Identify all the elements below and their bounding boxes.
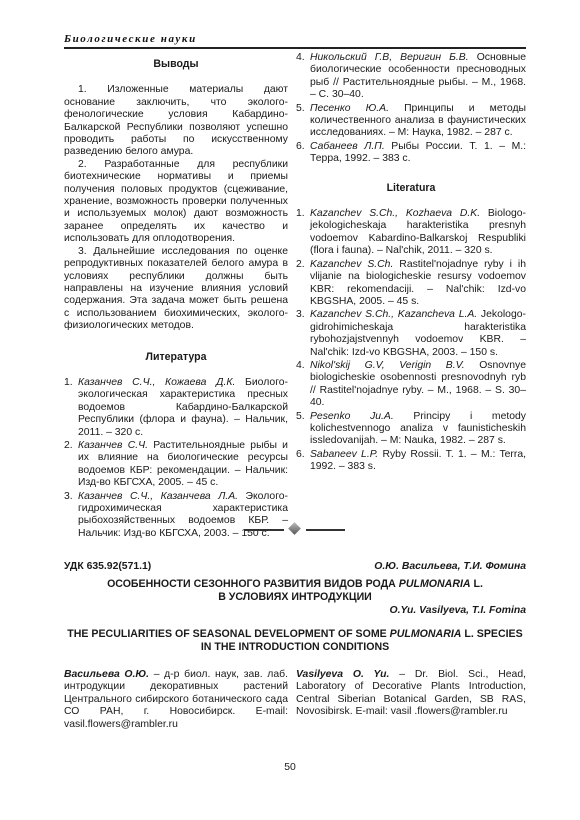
- divider-line-right: [306, 529, 345, 531]
- reference-authors: Kazanchev S.Ch., Kazancheva L.A.: [310, 309, 477, 320]
- article-authors-ru: О.Ю. Васильева, Т.И. Фомина: [374, 561, 526, 573]
- author-bio-en: Vasilyeva O. Yu. – Dr. Biol. Sci., Head,…: [296, 669, 526, 719]
- journal-page: Биологические науки Выводы 1. Изложенные…: [0, 0, 580, 820]
- reference-list-ru: 1.Казанчев С.Ч., Кожаева Д.К. Биолого-эк…: [64, 377, 288, 540]
- conclusion-paragraph: 1. Изложенные материалы дают основание з…: [64, 84, 288, 158]
- left-column: Выводы 1. Изложенные материалы дают осно…: [64, 52, 288, 541]
- article-title-ru: ОСОБЕННОСТИ СЕЗОННОГО РАЗВИТИЯ ВИДОВ РОД…: [64, 578, 526, 604]
- literature-heading: Литература: [64, 351, 288, 363]
- reference-item: 5.Песенко Ю.А. Принципы и методы количес…: [296, 103, 526, 140]
- right-column: 4.Никольский Г.В, Веригин Б.В. Основные …: [296, 52, 526, 475]
- conclusion-paragraph: 2. Разработанные для республики биотехни…: [64, 159, 288, 246]
- reference-item: 5.Pesenko Ju.A. Principy i metody kolich…: [296, 411, 526, 448]
- diamond-ornament-icon: [288, 522, 301, 535]
- reference-authors: Сабанеев Л.П.: [310, 141, 385, 152]
- reference-authors: Kazanchev S.Ch., Kozhaeva D.K.: [310, 208, 480, 219]
- reference-authors: Казанчев С.Ч.: [78, 440, 148, 451]
- article-title-en: THE PECULIARITIES OF SEASONAL DEVELOPMEN…: [64, 628, 526, 654]
- reference-authors: Казанчев С.Ч., Казанчева Л.А.: [78, 491, 238, 502]
- reference-item: 6.Сабанеев Л.П. Рыбы России. Т. 1. – М.:…: [296, 141, 526, 166]
- reference-authors: Казанчев С.Ч., Кожаева Д.К.: [78, 377, 235, 388]
- reference-list-ru-continued: 4.Никольский Г.В, Веригин Б.В. Основные …: [296, 52, 526, 166]
- page-number: 50: [0, 762, 580, 774]
- reference-item: 1.Казанчев С.Ч., Кожаева Д.К. Биолого-эк…: [64, 377, 288, 439]
- reference-list-translit: 1.Kazanchev S.Ch., Kozhaeva D.K. Biologo…: [296, 208, 526, 474]
- reference-item: 6.Sabaneev L.P. Ryby Rossii. T. 1. – M.:…: [296, 449, 526, 474]
- reference-item: 2.Kazanchev S.Ch. Rastitel'nojadnye ryby…: [296, 259, 526, 309]
- reference-authors: Песенко Ю.А.: [310, 103, 389, 114]
- reference-authors: Kazanchev S.Ch.: [310, 259, 393, 270]
- reference-authors: Никольский Г.В, Веригин Б.В.: [310, 52, 469, 63]
- reference-item: 4.Никольский Г.В, Веригин Б.В. Основные …: [296, 52, 526, 102]
- running-head: Биологические науки: [64, 33, 197, 45]
- article-authors-en: O.Yu. Vasilyeva, T.I. Fomina: [390, 605, 526, 617]
- conclusion-paragraph: 3. Дальнейшие исследования по оценке реп…: [64, 246, 288, 333]
- reference-item: 1.Kazanchev S.Ch., Kozhaeva D.K. Biologo…: [296, 208, 526, 258]
- section-divider: [245, 524, 345, 536]
- reference-item: 4.Nikol'skij G.V, Verigin B.V. Osnovnye …: [296, 360, 526, 410]
- udk-code: УДК 635.92(571.1): [64, 561, 151, 573]
- divider-line-left: [245, 529, 284, 531]
- reference-authors: Pesenko Ju.A.: [310, 411, 394, 422]
- reference-authors: Nikol'skij G.V, Verigin B.V.: [310, 360, 465, 371]
- reference-authors: Sabaneev L.P.: [310, 449, 378, 460]
- header-rule: [64, 47, 526, 49]
- author-name: Vasilyeva O. Yu.: [296, 669, 389, 680]
- literatura-heading: Literatura: [296, 182, 526, 194]
- author-bio-ru: Васильева О.Ю. – д-р биол. наук, зав. ла…: [64, 669, 288, 731]
- reference-item: 2.Казанчев С.Ч. Растительноядные рыбы и …: [64, 440, 288, 490]
- reference-item: 3.Kazanchev S.Ch., Kazancheva L.A. Jekol…: [296, 309, 526, 359]
- conclusions-heading: Выводы: [64, 58, 288, 70]
- author-name: Васильева О.Ю.: [64, 669, 149, 680]
